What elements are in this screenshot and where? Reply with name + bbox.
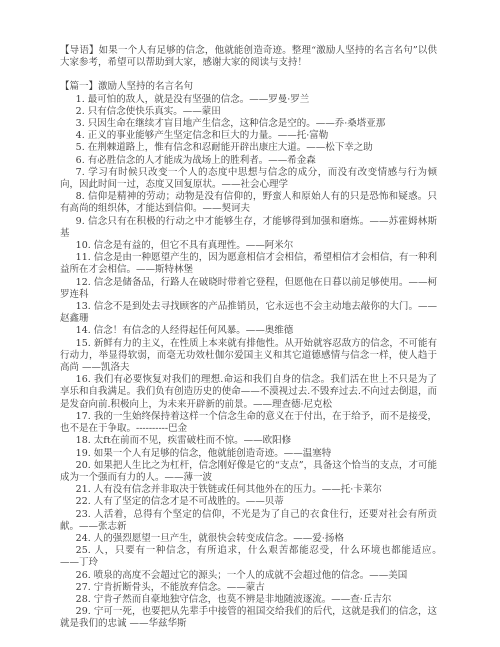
quote-line-10: 10. 信念是有益的，但它不具有真理性。——阿米尔 bbox=[60, 240, 437, 252]
quote-line-19: 19. 如果一个人有足够的信念，他就能创造奇迹。——温塞特 bbox=[60, 448, 437, 460]
quote-line-14: 14. 信念！有信念的人经得起任何风暴。——奥维德 bbox=[60, 325, 437, 337]
quote-line-23: 23. 人活着，总得有个坚定的信仰，不光是为了自己的衣食住行，还要对社会有所贡献… bbox=[60, 509, 437, 533]
quote-line-28: 28. 宁肯孑然而自豪地独守信念，也莫不辨是非地随波逐流。——查·丘吉尔 bbox=[60, 594, 437, 606]
quote-line-8: 8. 信仰是精神的劳动；动物是没有信仰的，野蛮人和原始人有的只是恐怖和疑惑。只有… bbox=[60, 191, 437, 215]
quote-line-29: 29. 宁可一死，也要把从先辈手中接管的祖国交给我们的后代，这就是我们的信念，这… bbox=[60, 606, 437, 630]
quote-line-24: 24. 人的强烈愿望一旦产生，就很快会转变成信念。——爱·扬格 bbox=[60, 533, 437, 545]
quote-line-16: 16. 我们有必要恢复对我们的理想.命运和我们自身的信念。我们活在世上不只是为了… bbox=[60, 374, 437, 411]
quote-line-26: 26. 喷泉的高度不会超过它的源头；一个人的成就不会超过他的信念。——美国 bbox=[60, 570, 437, 582]
quote-line-22: 22. 人有了坚定的信念才是不可战胜的。——贝蒂 bbox=[60, 496, 437, 508]
quote-line-2: 2. 只有信念使快乐真实。——蒙田 bbox=[60, 106, 437, 118]
quote-line-5: 5. 在荆棘道路上，惟有信念和忍耐能开辟出康庄大道。——松下幸之助 bbox=[60, 142, 437, 154]
quote-line-3: 3. 只因生命在继续才盲目地产生信念，这种信念是空的。——乔·桑塔亚那 bbox=[60, 118, 437, 130]
quote-list: 1. 最可怕的敌人，就是没有坚强的信念。——罗曼·罗兰 2. 只有信念使快乐真实… bbox=[60, 94, 437, 631]
quote-line-7: 7. 学习有时候只改变一个人的态度中思想与信念的成分，而没有改变情感与行为倾向，… bbox=[60, 167, 437, 191]
quote-line-13: 13. 信念不是到处去寻找顾客的产品推销员，它永远也不会主动地去敲你的大门。——… bbox=[60, 301, 437, 325]
quote-line-17: 17. 我的一生始终保持着这样一个信念生命的意义在于付出，在于给予，而不是接受，… bbox=[60, 411, 437, 435]
quote-line-20: 20. 如果把人生比之为杠杆，信念刚好像是它的“支点”，具备这个恰当的支点，才可… bbox=[60, 460, 437, 484]
quote-line-25: 25. 人，只要有一种信念，有所追求，什么艰苦都能忍受，什么环境也都能适应。 —… bbox=[60, 545, 437, 569]
quote-line-21: 21. 人有没有信念并非取决于铁链或任何其他外在的压力。——托·卡莱尔 bbox=[60, 484, 437, 496]
section-title: 【篇一】激励人坚持的名言名句 bbox=[60, 81, 437, 93]
quote-line-6: 6. 有必胜信念的人才能成为战场上的胜利者。——希金森 bbox=[60, 155, 437, 167]
intro-paragraph: 【导语】如果一个人有足够的信念，他就能创造奇迹。整理“激励人坚持的名言名句”以供… bbox=[60, 45, 437, 69]
quote-line-15: 15. 新鲜有力的主义，在性质上本来就有排他性。从开始就容忍敌方的信念，不可能有… bbox=[60, 338, 437, 375]
quote-line-18: 18. 太ft在前而不见，疾雷破柱而不惊。——欧阳修 bbox=[60, 435, 437, 447]
quote-line-4: 4. 正义的事业能够产生坚定信念和巨大的力量。——托·富勒 bbox=[60, 130, 437, 142]
quote-line-12: 12. 信念是储备品，行路人在破晓时带着它登程，但愿他在日暮以前足够使用。——柯… bbox=[60, 277, 437, 301]
quote-line-27: 27. 宁肯折断骨头，不能放弃信念。——蒙古 bbox=[60, 582, 437, 594]
document-page: 【导语】如果一个人有足够的信念，他就能创造奇迹。整理“激励人坚持的名言名句”以供… bbox=[0, 0, 500, 647]
quote-line-11: 11. 信念是由一种愿望产生的，因为愿意相信才会相信，希望相信才会相信，有一种利… bbox=[60, 252, 437, 276]
quote-line-1: 1. 最可怕的敌人，就是没有坚强的信念。——罗曼·罗兰 bbox=[60, 94, 437, 106]
quote-line-9: 9. 信念只有在积极的行动之中才能够生存，才能够得到加强和磨炼。——苏霍姆林斯基 bbox=[60, 216, 437, 240]
